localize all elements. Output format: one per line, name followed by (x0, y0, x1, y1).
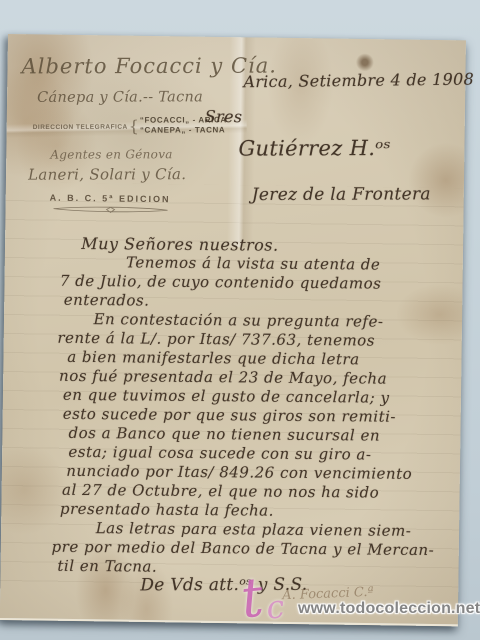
salutation-line: Muy Señores nuestros. (54, 234, 456, 257)
letterhead-branch-line: Cánepa y Cía.-- Tacna (37, 89, 203, 106)
recipient-city: Jerez de la Frontera (252, 184, 431, 205)
letterhead-agents-firm: Laneri, Solari y Cía. (28, 165, 186, 184)
brace-glyph: { (129, 116, 139, 135)
recipient-name: Gutiérrez H.ᵒˢ (238, 136, 391, 161)
photo-of-letter: Alberto Focacci y Cía. Cánepa y Cía.-- T… (0, 0, 480, 640)
letter-paper: Alberto Focacci y Cía. Cánepa y Cía.-- T… (0, 34, 466, 626)
dateline: Arica, Setiembre 4 de 1908 (243, 69, 474, 91)
recipient-prefix: Sres (205, 107, 243, 127)
signature: A. Focacci C.ª (282, 585, 374, 604)
telegraph-address-tacna: “CANEPA„ - TACNA (140, 125, 227, 135)
letter-body: Muy Señores nuestros. Tenemos á la vista… (51, 234, 456, 579)
letterhead-edition-code: A. B. C. 5ª EDICION (50, 193, 171, 205)
letterhead-telegraph-block: DIRECCION TELEGRAFICA { “FOCACCI„ - ARIC… (33, 115, 227, 136)
flourish-underline (52, 205, 170, 215)
letterhead-company-name: Alberto Focacci y Cía. (22, 54, 277, 79)
letterhead-agents-line: Agentes en Génova (50, 147, 172, 161)
telegraph-label: DIRECCION TELEGRAFICA (33, 124, 128, 131)
